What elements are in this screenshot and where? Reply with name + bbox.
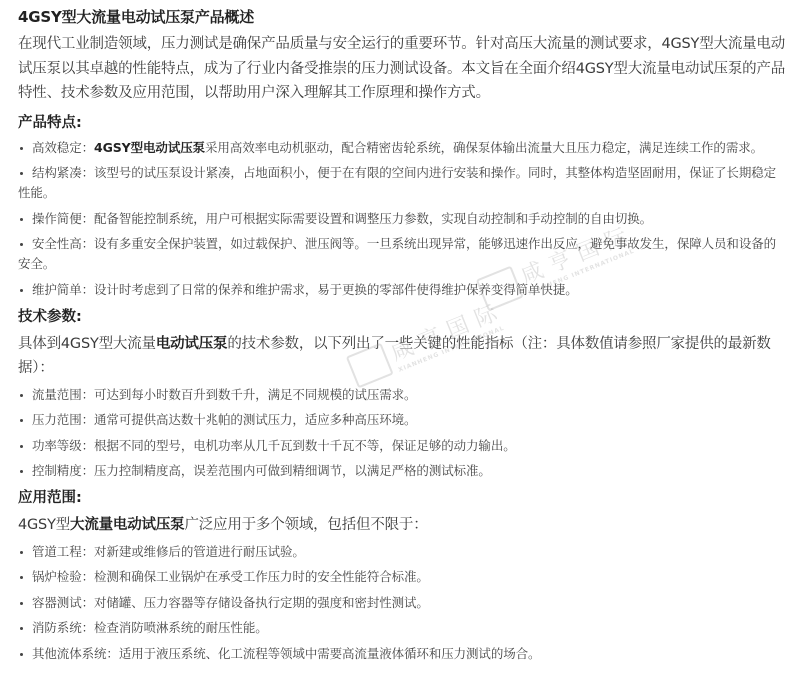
item-label: 高效稳定：	[32, 140, 94, 155]
list-item: 功率等级：根据不同的型号，电机功率从几千瓦到数十千瓦不等，保证足够的动力输出。	[18, 436, 788, 456]
item-label: 容器测试：	[32, 595, 94, 610]
list-item: 操作简便：配备智能控制系统，用户可根据实际需要设置和调整压力参数，实现自动控制和…	[18, 209, 788, 229]
specs-intro-prefix: 具体到4GSY型大流量	[18, 336, 156, 352]
applications-intro: 4GSY型大流量电动试压泵广泛应用于多个领域，包括但不限于：	[18, 513, 788, 538]
item-text: 适用于液压系统、化工流程等领域中需要高流量液体循环和压力测试的场合。	[119, 646, 541, 661]
list-item: 维护简单：设计时考虑到了日常的保养和维护需求，易于更换的零部件使得维护保养变得简…	[18, 280, 788, 300]
list-item: 压力范围：通常可提供高达数十兆帕的测试压力，适应多种高压环境。	[18, 410, 788, 430]
item-label: 控制精度：	[32, 463, 94, 478]
item-text: 采用高效率电动机驱动，配合精密齿轮系统，确保泵体输出流量大且压力稳定，满足连续工…	[205, 140, 763, 155]
item-text: 对新建或维修后的管道进行耐压试验。	[94, 544, 305, 559]
applications-intro-suffix: 广泛应用于多个领域，包括但不限于：	[184, 517, 427, 533]
list-item: 流量范围：可达到每小时数百升到数千升，满足不同规模的试压需求。	[18, 385, 788, 405]
specs-intro-bold: 电动试压泵	[156, 336, 228, 352]
item-text: 根据不同的型号，电机功率从几千瓦到数十千瓦不等，保证足够的动力输出。	[94, 438, 516, 453]
item-label: 维护简单：	[32, 282, 94, 297]
item-label: 消防系统：	[32, 620, 94, 635]
section-heading-applications: 应用范围:	[18, 487, 788, 509]
article-title: 4GSY型大流量电动试压泵产品概述	[18, 6, 788, 28]
section-heading-features: 产品特点:	[18, 112, 788, 134]
list-item: 管道工程：对新建或维修后的管道进行耐压试验。	[18, 542, 788, 562]
item-text: 设计时考虑到了日常的保养和维护需求，易于更换的零部件使得维护保养变得简单快捷。	[94, 282, 578, 297]
item-label: 功率等级：	[32, 438, 94, 453]
specs-intro: 具体到4GSY型大流量电动试压泵的技术参数，以下列出了一些关键的性能指标（注：具…	[18, 332, 788, 381]
list-item: 控制精度：压力控制精度高，误差范围内可做到精细调节，以满足严格的测试标准。	[18, 461, 788, 481]
item-text: 设有多重安全保护装置，如过载保护、泄压阀等。一旦系统出现异常，能够迅速作出反应，…	[18, 236, 776, 271]
list-item: 其他流体系统：适用于液压系统、化工流程等领域中需要高流量液体循环和压力测试的场合…	[18, 644, 788, 664]
list-item: 结构紧凑：该型号的试压泵设计紧凑，占地面积小，便于在有限的空间内进行安装和操作。…	[18, 163, 788, 203]
section-heading-specs: 技术参数:	[18, 306, 788, 328]
item-bold-term: 4GSY型电动试压泵	[94, 140, 205, 155]
applications-list: 管道工程：对新建或维修后的管道进行耐压试验。 锅炉检验：检测和确保工业锅炉在承受…	[18, 542, 788, 664]
specs-list: 流量范围：可达到每小时数百升到数千升，满足不同规模的试压需求。 压力范围：通常可…	[18, 385, 788, 482]
features-list: 高效稳定：4GSY型电动试压泵采用高效率电动机驱动，配合精密齿轮系统，确保泵体输…	[18, 138, 788, 300]
item-label: 其他流体系统：	[32, 646, 119, 661]
list-item: 消防系统：检查消防喷淋系统的耐压性能。	[18, 618, 788, 638]
item-text: 对储罐、压力容器等存储设备执行定期的强度和密封性测试。	[94, 595, 429, 610]
intro-paragraph: 在现代工业制造领域，压力测试是确保产品质量与安全运行的重要环节。针对高压大流量的…	[18, 32, 788, 106]
item-label: 操作简便：	[32, 211, 94, 226]
list-item: 安全性高：设有多重安全保护装置，如过载保护、泄压阀等。一旦系统出现异常，能够迅速…	[18, 234, 788, 274]
item-text: 检查消防喷淋系统的耐压性能。	[94, 620, 268, 635]
item-text: 该型号的试压泵设计紧凑，占地面积小，便于在有限的空间内进行安装和操作。同时，其整…	[18, 165, 776, 200]
list-item: 容器测试：对储罐、压力容器等存储设备执行定期的强度和密封性测试。	[18, 593, 788, 613]
item-label: 管道工程：	[32, 544, 94, 559]
list-item: 高效稳定：4GSY型电动试压泵采用高效率电动机驱动，配合精密齿轮系统，确保泵体输…	[18, 138, 788, 158]
item-text: 通常可提供高达数十兆帕的测试压力，适应多种高压环境。	[94, 412, 416, 427]
item-label: 结构紧凑：	[32, 165, 94, 180]
applications-intro-bold: 大流量电动试压泵	[70, 517, 184, 533]
item-text: 压力控制精度高，误差范围内可做到精细调节，以满足严格的测试标准。	[94, 463, 491, 478]
item-text: 配备智能控制系统，用户可根据实际需要设置和调整压力参数，实现自动控制和手动控制的…	[94, 211, 652, 226]
item-label: 安全性高：	[32, 236, 94, 251]
item-text: 检测和确保工业锅炉在承受工作压力时的安全性能符合标准。	[94, 569, 429, 584]
item-label: 锅炉检验：	[32, 569, 94, 584]
applications-intro-prefix: 4GSY型	[18, 517, 70, 533]
item-label: 流量范围：	[32, 387, 94, 402]
article: 4GSY型大流量电动试压泵产品概述 在现代工业制造领域，压力测试是确保产品质量与…	[18, 0, 788, 669]
item-label: 压力范围：	[32, 412, 94, 427]
list-item: 锅炉检验：检测和确保工业锅炉在承受工作压力时的安全性能符合标准。	[18, 567, 788, 587]
item-text: 可达到每小时数百升到数千升，满足不同规模的试压需求。	[94, 387, 416, 402]
